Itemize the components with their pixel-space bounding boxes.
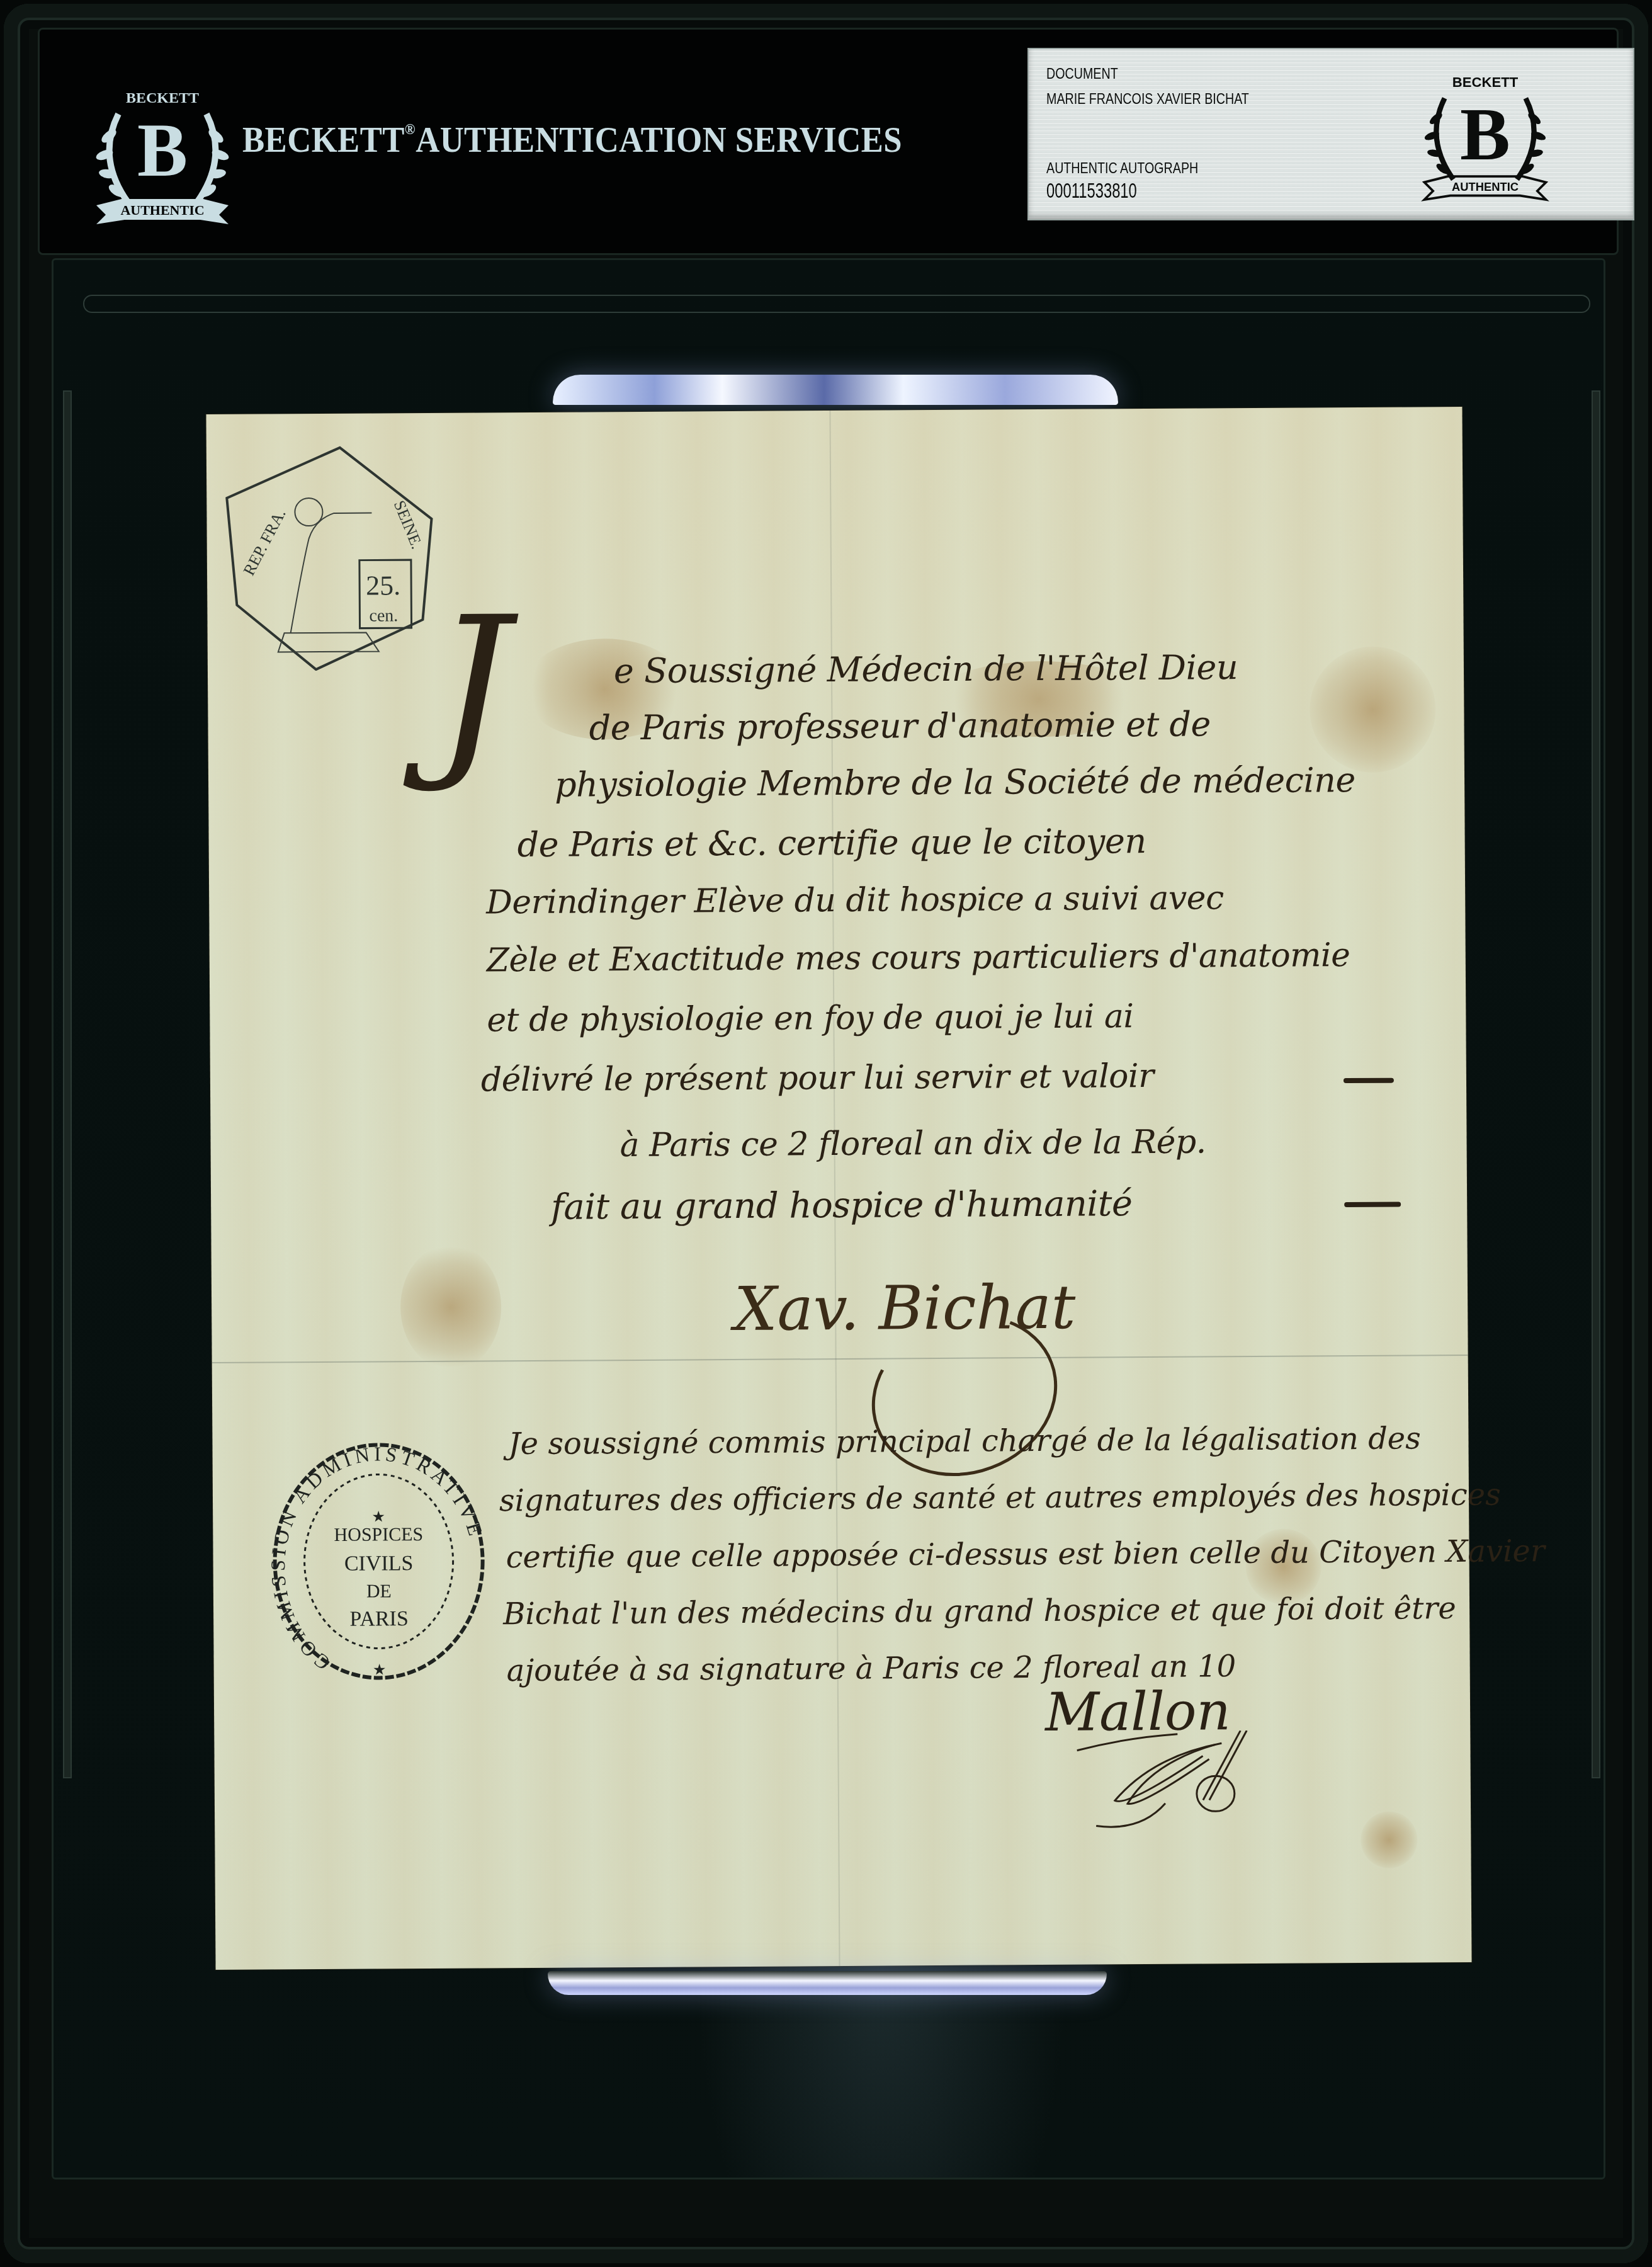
historical-document: REP. FRA. SEINE. 25. cen. J e Soussigné … xyxy=(206,407,1471,1970)
left-rail xyxy=(63,390,72,1778)
bottom-retainer-clip xyxy=(548,1971,1107,1995)
line-filler-stroke xyxy=(1344,1078,1394,1083)
foxing-stain xyxy=(1310,646,1436,773)
registered-mark: ® xyxy=(405,122,416,138)
top-rail xyxy=(83,295,1590,313)
foxing-stain xyxy=(400,1244,502,1370)
tax-stamp-hexagon: REP. FRA. SEINE. 25. cen. xyxy=(214,443,442,671)
foxing-stain xyxy=(1361,1811,1418,1868)
svg-text:B: B xyxy=(137,108,188,192)
handwritten-line: Zèle et Exactitude mes cours particulier… xyxy=(487,936,1350,979)
legalization-line: signatures des officiers de santé et aut… xyxy=(499,1477,1501,1519)
svg-text:★: ★ xyxy=(371,1508,385,1525)
handwritten-line: de Paris professeur d'anatomie et de xyxy=(589,704,1211,747)
svg-text:SEINE.: SEINE. xyxy=(390,498,426,552)
handwritten-line: e Soussigné Médecin de l'Hôtel Dieu xyxy=(614,647,1238,691)
handwritten-line: délivré le présent pour lui servir et va… xyxy=(481,1057,1154,1099)
certification-number: 00011533810 xyxy=(1046,179,1137,203)
subject-name: MARIE FRANCOIS XAVIER BICHAT xyxy=(1046,91,1249,108)
brand-title: BECKETT®AUTHENTICATION SERVICES xyxy=(242,120,902,161)
svg-text:B: B xyxy=(1460,92,1510,176)
fold-line xyxy=(212,1355,1468,1363)
handwritten-line: Derindinger Elève du dit hospice a suivi… xyxy=(486,879,1224,921)
beckett-authentic-label-logo-icon: BECKETT B AUTHENTIC xyxy=(1413,60,1558,208)
legalization-line: Bichat l'un des médecins du grand hospic… xyxy=(503,1591,1456,1632)
handwritten-line: fait au grand hospice d'humanité xyxy=(551,1183,1133,1228)
handwritten-line: à Paris ce 2 floreal an dix de la Rép. xyxy=(619,1123,1206,1164)
brand-service: AUTHENTICATION SERVICES xyxy=(416,121,902,160)
svg-text:★: ★ xyxy=(373,1661,387,1678)
handwritten-line: et de physiologie en foy de quoi je lui … xyxy=(487,997,1134,1039)
initial-letter: J xyxy=(434,592,511,781)
legalization-line: Je soussigné commis principal chargé de … xyxy=(508,1421,1421,1462)
handwritten-line: physiologie Membre de la Société de méde… xyxy=(555,760,1355,805)
svg-text:HOSPICES: HOSPICES xyxy=(334,1524,423,1545)
svg-text:CIVILS: CIVILS xyxy=(344,1552,414,1576)
svg-text:AUTHENTIC: AUTHENTIC xyxy=(1452,180,1519,193)
svg-text:cen.: cen. xyxy=(369,606,398,625)
svg-text:BECKETT: BECKETT xyxy=(126,90,199,106)
beckett-authentic-logo-icon: BECKETT B AUTHENTIC xyxy=(84,76,241,230)
administrative-seal: COMMISSION ADMINISTRATIVE HOSPICES CIVIL… xyxy=(266,1436,490,1686)
handwritten-line: de Paris et &c. certifie que le citoyen xyxy=(517,821,1146,865)
line-filler-stroke xyxy=(1344,1202,1401,1208)
svg-text:25.: 25. xyxy=(366,570,400,601)
svg-text:DE: DE xyxy=(366,1581,392,1601)
svg-text:REP. FRA.: REP. FRA. xyxy=(240,506,290,578)
brand-name: BECKETT xyxy=(242,121,405,160)
certification-label: DOCUMENT MARIE FRANCOIS XAVIER BICHAT AU… xyxy=(1027,48,1634,220)
item-type: DOCUMENT xyxy=(1046,65,1118,83)
right-rail xyxy=(1592,390,1600,1778)
signature-flourish xyxy=(1077,1730,1279,1832)
legalization-line: certifie que celle apposée ci-dessus est… xyxy=(506,1533,1545,1575)
svg-text:BECKETT: BECKETT xyxy=(1452,74,1519,90)
svg-text:AUTHENTIC: AUTHENTIC xyxy=(120,202,204,218)
authentication-type: AUTHENTIC AUTOGRAPH xyxy=(1046,160,1198,178)
top-retainer-clip xyxy=(553,375,1118,405)
svg-text:PARIS: PARIS xyxy=(349,1607,408,1631)
